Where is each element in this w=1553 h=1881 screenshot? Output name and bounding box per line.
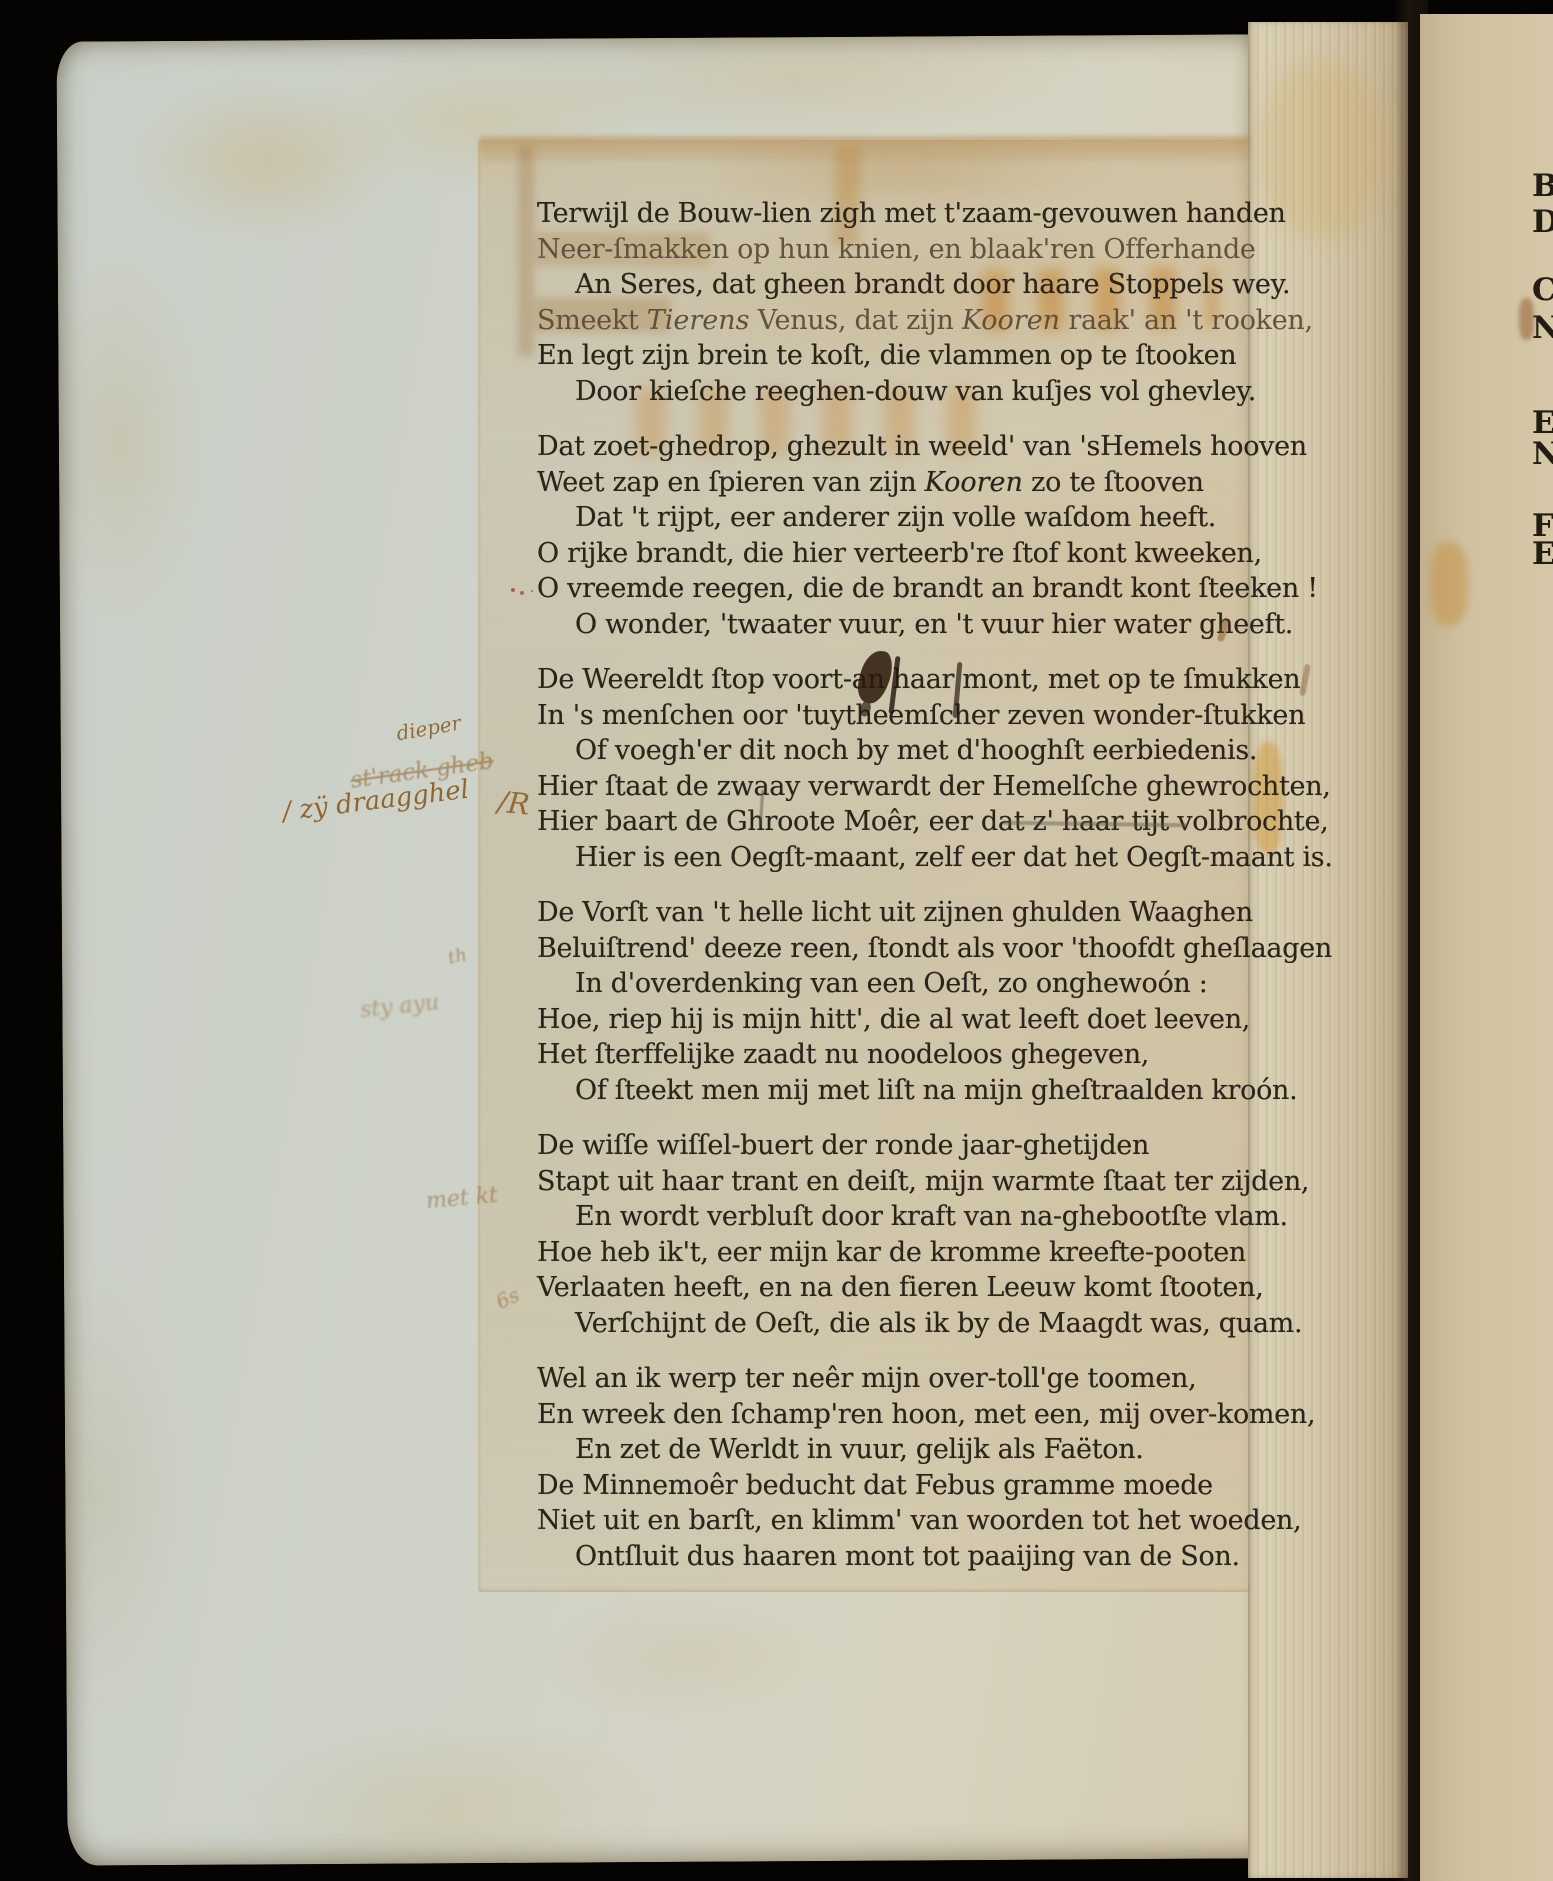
margin-note: /R — [496, 784, 531, 821]
poem-line: Smeekt Tierens Venus, dat zijn Kooren ra… — [478, 303, 1250, 339]
stain — [1430, 542, 1468, 626]
book-photo: BDCNENFE Terwijl de Bouw-lien zigh met t… — [0, 0, 1553, 1881]
poem-line: Neer-ſmakken op hun knien, en blaak'ren … — [478, 232, 1250, 268]
poem-line: Wel an ik werp ter neêr mijn over-toll'g… — [478, 1361, 1250, 1397]
poem-line: Hier is een Oegſt-maant, zelf eer dat he… — [478, 840, 1250, 876]
poem-stanza: De Vorſt van 't helle licht uit zijnen g… — [478, 895, 1250, 1108]
poem-stanza: Wel an ik werp ter neêr mijn over-toll'g… — [478, 1361, 1250, 1574]
poem-line: Of ſteekt men mij met liſt na mijn gheſt… — [478, 1073, 1250, 1109]
poem-line: In d'overdenking van een Oeſt, zo onghew… — [478, 966, 1250, 1002]
poem-line: En wordt verbluſt door kraft van na-gheb… — [478, 1199, 1250, 1235]
poem-line: Weet zap en ſpieren van zijn Kooren zo t… — [478, 465, 1250, 501]
facing-page-letter: C — [1532, 272, 1553, 308]
poem-line: Door kieſche reeghen-douw van kuſjes vol… — [478, 374, 1250, 410]
poem-line: An Seres, dat gheen brandt door haare St… — [478, 267, 1250, 303]
poem-line: Het ſterffelijke zaadt nu noodeloos gheg… — [478, 1037, 1250, 1073]
poem-line: Hoe heb ik't, eer mijn kar de kromme kre… — [478, 1235, 1250, 1271]
poem-line: De Vorſt van 't helle licht uit zijnen g… — [478, 895, 1250, 931]
poem-line: O vreemde reegen, die de brandt an brand… — [478, 571, 1250, 607]
italic-word: Kooren — [962, 305, 1060, 336]
facing-page-letter: B — [1532, 168, 1553, 204]
poem-line: Verſchijnt de Oeſt, die als ik by de Maa… — [478, 1306, 1250, 1342]
facing-page-letter: D — [1532, 204, 1553, 240]
poem-line: En zet de Werldt in vuur, gelijk als Faë… — [478, 1432, 1250, 1468]
poem-line: Dat zoet-ghedrop, ghezult in weeld' van … — [478, 429, 1250, 465]
poem-line: Dat 't rijpt, eer anderer zijn volle waſ… — [478, 500, 1250, 536]
poem-line: De wiſſe wiſſel-buert der ronde jaar-ghe… — [478, 1128, 1250, 1164]
poem-stanza: Terwijl de Bouw-lien zigh met t'zaam-gev… — [478, 196, 1250, 409]
poem-line: Stapt uit haar trant en deiſt, mijn warm… — [478, 1164, 1250, 1200]
poem-line: O rijke brandt, die hier verteerb're ſto… — [478, 536, 1250, 572]
poem-line: Verlaaten heeft, en na den fieren Leeuw … — [478, 1270, 1250, 1306]
stain — [1519, 298, 1534, 340]
poem-line: Terwijl de Bouw-lien zigh met t'zaam-gev… — [478, 196, 1250, 232]
ink-specks — [511, 588, 515, 592]
facing-page-edge: BDCNENFE — [1420, 14, 1553, 1881]
facing-page-letter: E — [1532, 536, 1553, 572]
poem-line: En wreek den ſchamp'ren hoon, met een, m… — [478, 1397, 1250, 1433]
italic-word: Tierens — [647, 305, 750, 336]
poem-line: Ontſluit dus haaren mont tot paaijing va… — [478, 1539, 1250, 1575]
poem-stanza: Dat zoet-ghedrop, ghezult in weeld' van … — [478, 429, 1250, 642]
facing-page-letter: N — [1532, 310, 1553, 346]
poem-line: Of voegh'er dit noch by met d'hooghſt ee… — [478, 733, 1250, 769]
poem-line: Hier ſtaat de zwaay verwardt der Hemelſc… — [478, 769, 1250, 805]
poem-line: En legt zijn brein te koſt, die vlammen … — [478, 338, 1250, 374]
italic-word: Kooren — [925, 467, 1023, 498]
poem-line: De Minnemoêr beducht dat Febus gramme mo… — [478, 1468, 1250, 1504]
poem-line: Hoe, riep hij is mijn hitt', die al wat … — [478, 1002, 1250, 1038]
poem: Terwijl de Bouw-lien zigh met t'zaam-gev… — [478, 140, 1250, 1594]
poem-line: Beluiſtrend' deeze reen, ſtondt als voor… — [478, 931, 1250, 967]
poem-line: Niet uit en barſt, en klimm' van woorden… — [478, 1503, 1250, 1539]
margin-note-ghost: th — [446, 944, 469, 968]
poem-line: O wonder, 'twaater vuur, en 't vuur hier… — [478, 607, 1250, 643]
poem-stanza: De wiſſe wiſſel-buert der ronde jaar-ghe… — [478, 1128, 1250, 1341]
facing-page-letter: N — [1532, 436, 1553, 472]
